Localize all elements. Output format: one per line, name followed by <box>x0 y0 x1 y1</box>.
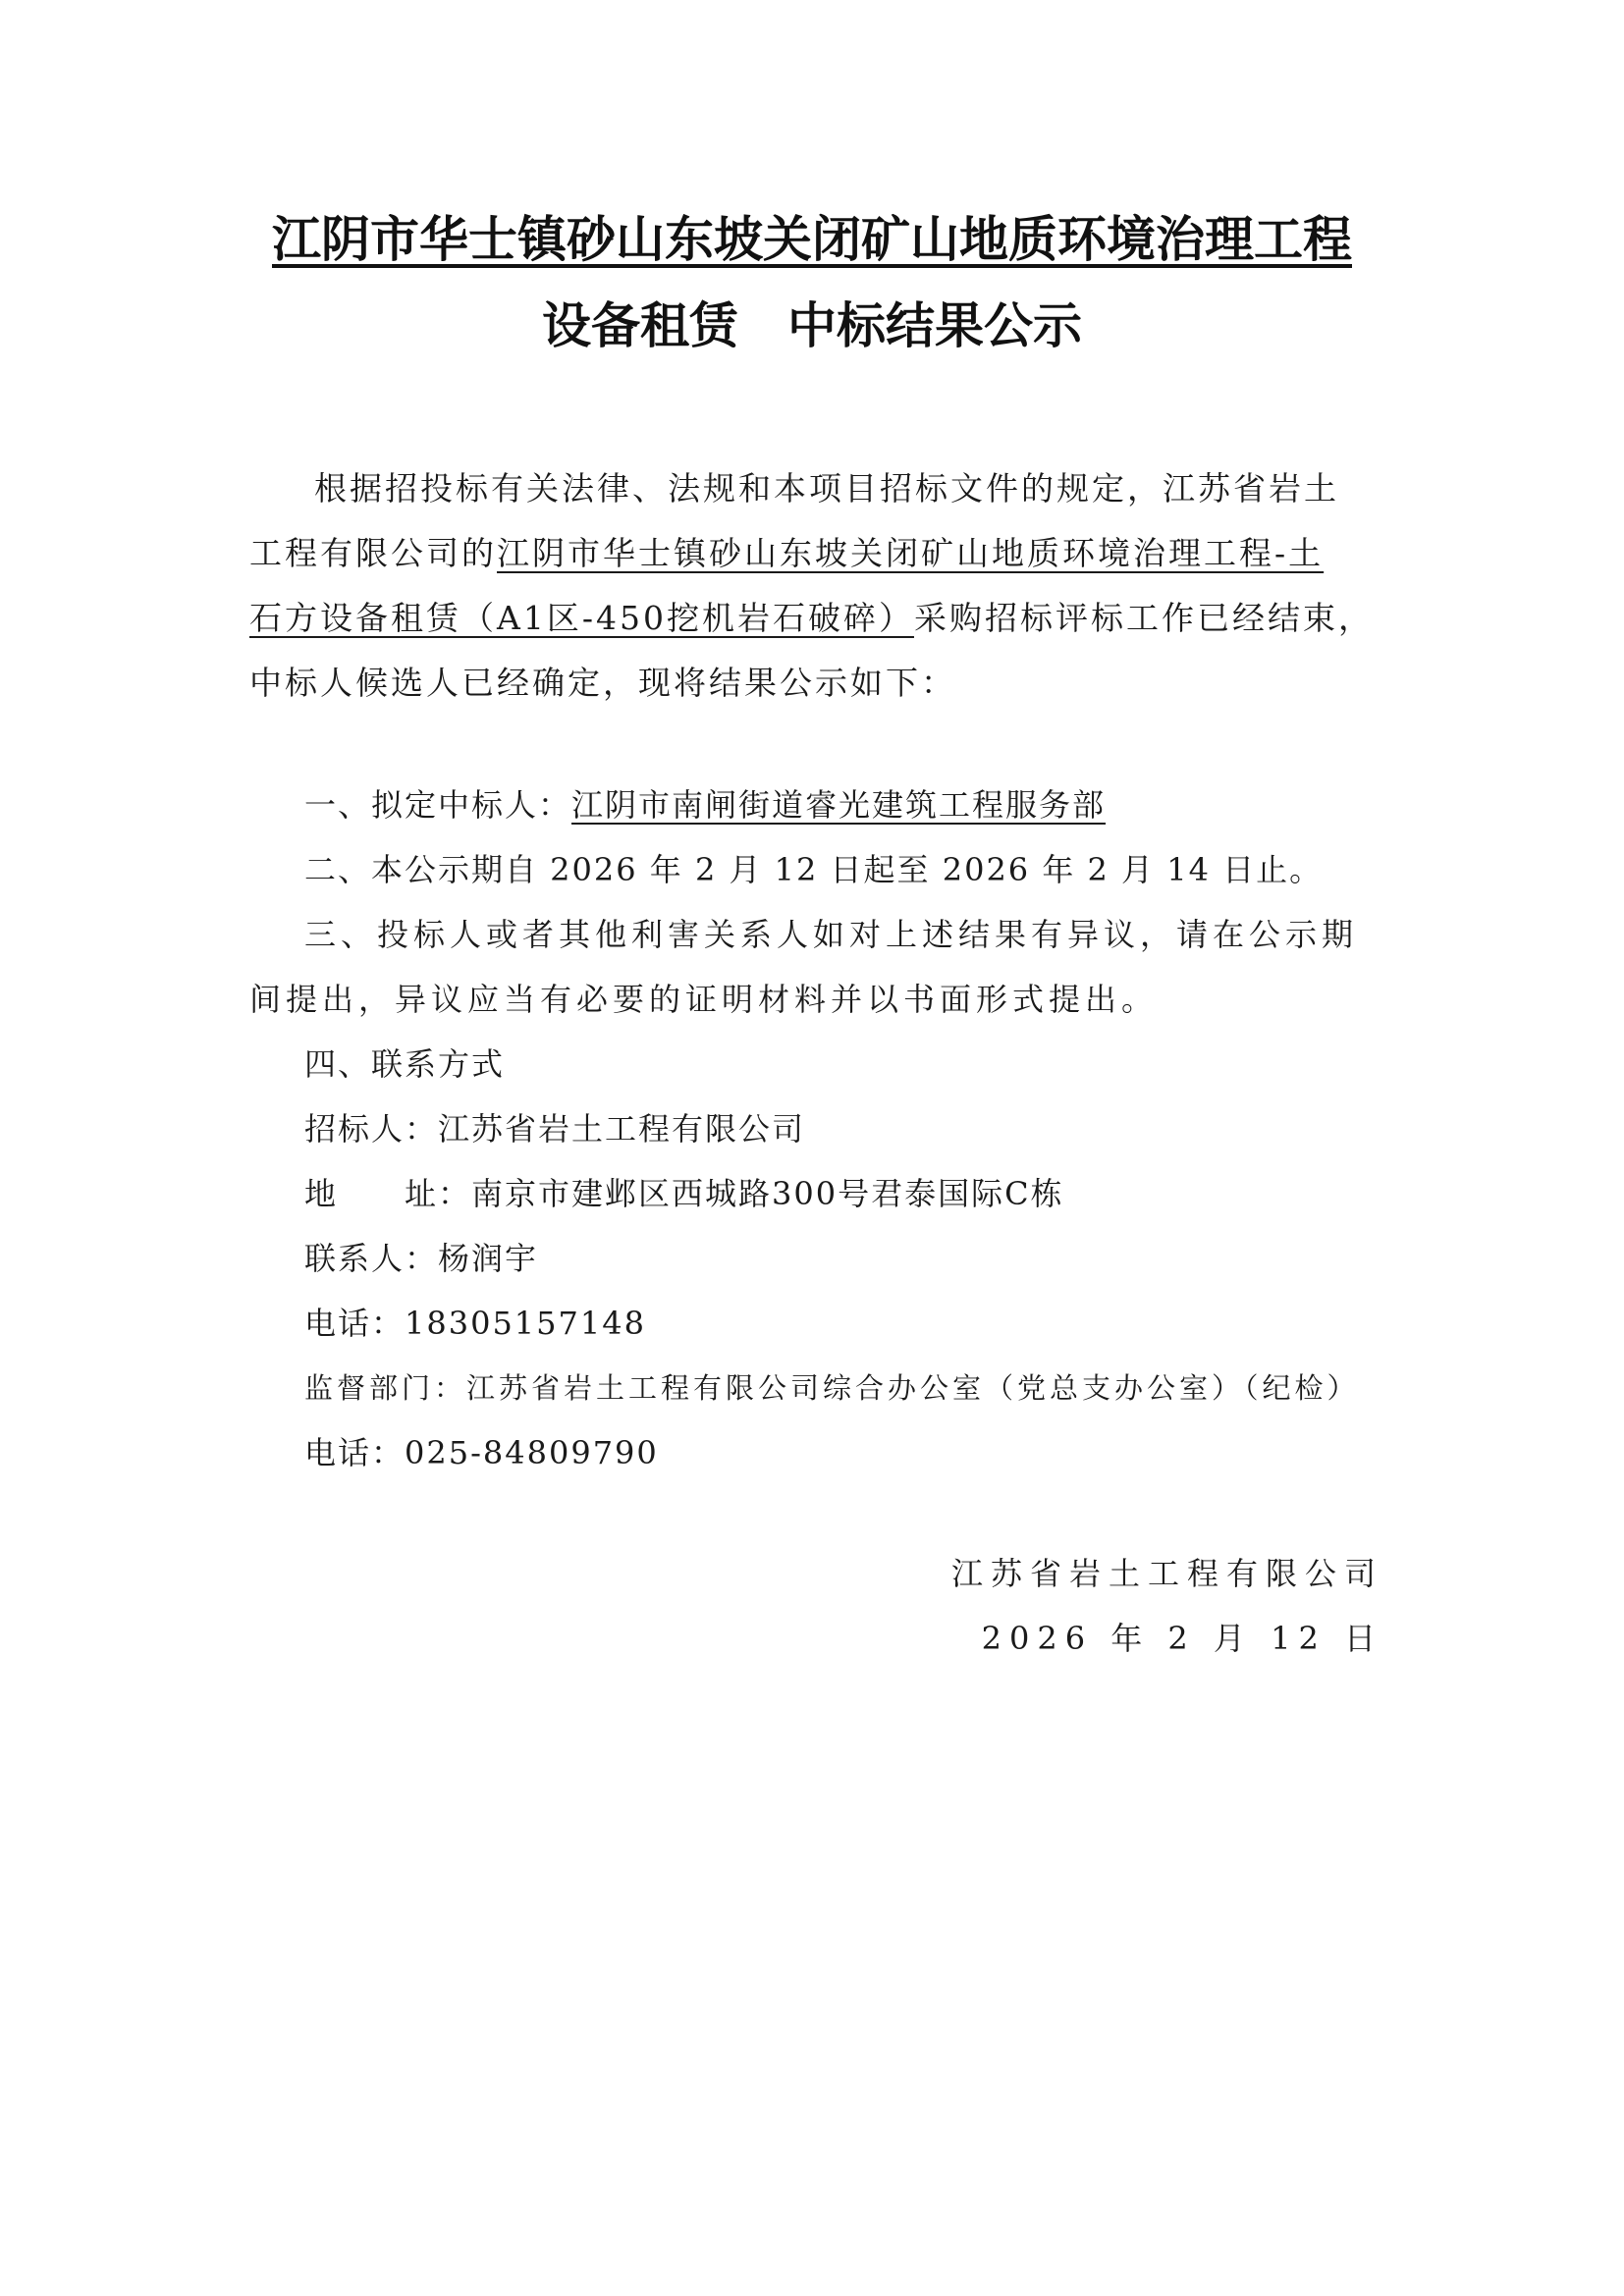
intro-line-3: 石方设备租赁（A1区-450挖机岩石破碎）采购招标评标工作已经结束， <box>249 586 1383 651</box>
contact-tenderer: 招标人：江苏省岩土工程有限公司 <box>304 1109 805 1148</box>
title-notice-type: 中标结果公示 <box>787 297 1082 354</box>
contact-supervision: 监督部门：江苏省岩土工程有限公司综合办公室（党总支办公室）（纪检） <box>304 1368 1360 1408</box>
intro-line-4: 中标人候选人已经确定，现将结果公示如下： <box>249 651 1383 716</box>
item-publicity-period: 二、本公示期自 2026 年 2 月 12 日起至 2026 年 2 月 14 … <box>304 850 1323 889</box>
signature-company: 江苏省岩土工程有限公司 <box>951 1554 1383 1593</box>
contact-phone: 电话：18305157148 <box>304 1304 646 1343</box>
contact-supervision-phone: 电话：025-84809790 <box>304 1433 659 1472</box>
title-text: 江阴市华士镇砂山东坡关闭矿山地质环境治理工程 <box>272 211 1352 268</box>
item-winning-bidder: 一、拟定中标人：江阴市南闸街道睿光建筑工程服务部 <box>304 785 1106 825</box>
item-objection-line2: 间提出，异议应当有必要的证明材料并以书面形式提出。 <box>249 980 1158 1019</box>
intro-line-2: 工程有限公司的江阴市华士镇砂山东坡关闭矿山地质环境治理工程-土 <box>249 521 1383 586</box>
item-contact-heading: 四、联系方式 <box>304 1044 505 1084</box>
title-subject: 设备租赁 <box>542 297 738 354</box>
winning-bidder-name: 江阴市南闸街道睿光建筑工程服务部 <box>571 786 1106 824</box>
contact-address: 地 址：南京市建邺区西城路300号君泰国际C栋 <box>304 1174 1064 1213</box>
project-name-part2: 石方设备租赁（A1区-450挖机岩石破碎） <box>249 599 914 637</box>
document-title-line2: 设备租赁中标结果公示 <box>0 296 1624 355</box>
project-name-part1: 江阴市华士镇砂山东坡关闭矿山地质环境治理工程-土 <box>497 534 1324 572</box>
intro-suffix: 采购招标评标工作已经结束， <box>914 599 1374 637</box>
document-page: 江阴市华士镇砂山东坡关闭矿山地质环境治理工程 设备租赁中标结果公示 根据招投标有… <box>0 0 1624 2296</box>
intro-prefix: 工程有限公司的 <box>249 534 497 572</box>
item-objection-line1: 三、投标人或者其他利害关系人如对上述结果有异议，请在公示期 <box>304 915 1358 954</box>
intro-line-1: 根据招投标有关法律、法规和本项目招标文件的规定，江苏省岩土 <box>249 456 1383 521</box>
contact-person: 联系人：杨润宇 <box>304 1239 538 1278</box>
document-title-line1: 江阴市华士镇砂山东坡关闭矿山地质环境治理工程 <box>0 210 1624 269</box>
signature-date: 2026 年 2 月 12 日 <box>982 1619 1383 1658</box>
intro-paragraph: 根据招投标有关法律、法规和本项目招标文件的规定，江苏省岩土 工程有限公司的江阴市… <box>249 456 1383 716</box>
winning-bidder-label: 一、拟定中标人： <box>304 786 571 824</box>
